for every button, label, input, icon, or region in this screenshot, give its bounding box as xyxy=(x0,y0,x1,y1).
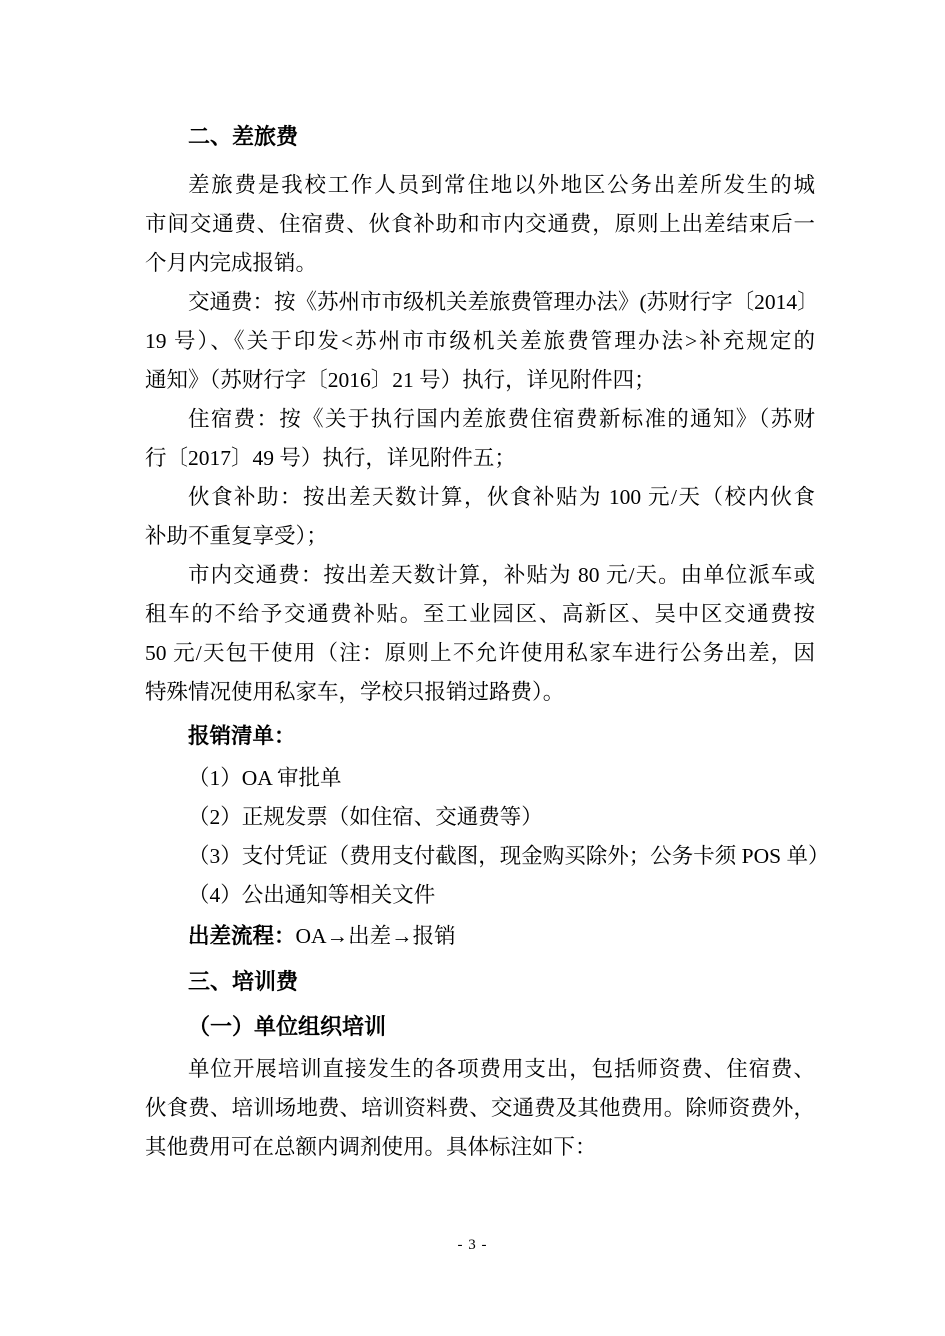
travel-intro-line: 市间交通费、住宿费、伙食补助和市内交通费，原则上出差结束后一 xyxy=(145,205,815,244)
checklist-item: （3）支付凭证（费用支付截图，现金购买除外；公务卡须 POS 单） xyxy=(145,837,815,876)
city-transport-line: 租车的不给予交通费补贴。至工业园区、高新区、吴中区交通费按 xyxy=(145,595,815,634)
document-page: 二、差旅费 差旅费是我校工作人员到常住地以外地区公务出差所发生的城 市间交通费、… xyxy=(0,0,945,1336)
lodging-fee-line: 行〔2017〕49 号）执行，详见附件五； xyxy=(145,439,815,478)
lodging-fee-paragraph: 住宿费：按《关于执行国内差旅费住宿费新标准的通知》（苏财 行〔2017〕49 号… xyxy=(145,400,815,478)
city-transport-paragraph: 市内交通费：按出差天数计算，补贴为 80 元/天。由单位派车或 租车的不给予交通… xyxy=(145,556,815,712)
meal-allowance-line: 补助不重复享受）； xyxy=(145,517,815,556)
travel-section-heading: 二、差旅费 xyxy=(145,117,815,157)
travel-intro-paragraph: 差旅费是我校工作人员到常住地以外地区公务出差所发生的城 市间交通费、住宿费、伙食… xyxy=(145,166,815,283)
training-sub-heading: （一）单位组织培训 xyxy=(145,1007,815,1047)
page-number: - 3 - xyxy=(0,1236,945,1254)
checklist-item: （2）正规发票（如住宿、交通费等） xyxy=(145,798,815,837)
reimburse-checklist: （1）OA 审批单 （2）正规发票（如住宿、交通费等） （3）支付凭证（费用支付… xyxy=(145,759,815,915)
training-intro-line: 单位开展培训直接发生的各项费用支出，包括师资费、住宿费、 xyxy=(145,1050,815,1089)
checklist-item: （4）公出通知等相关文件 xyxy=(145,876,815,915)
travel-intro-line: 个月内完成报销。 xyxy=(145,244,815,283)
lodging-fee-line: 住宿费：按《关于执行国内差旅费住宿费新标准的通知》（苏财 xyxy=(145,400,815,439)
training-intro-line: 伙食费、培训场地费、培训资料费、交通费及其他费用。除师资费外， xyxy=(145,1089,815,1128)
reimburse-checklist-title: 报销清单： xyxy=(145,717,815,756)
meal-allowance-line: 伙食补助：按出差天数计算，伙食补贴为 100 元/天（校内伙食 xyxy=(145,478,815,517)
transport-fee-line: 交通费：按《苏州市市级机关差旅费管理办法》(苏财行字〔2014〕 xyxy=(145,283,815,322)
training-intro-line: 其他费用可在总额内调剂使用。具体标注如下： xyxy=(145,1128,815,1167)
transport-fee-line: 19 号）、《关于印发<苏州市市级机关差旅费管理办法>补充规定的 xyxy=(145,322,815,361)
training-section-heading: 三、培训费 xyxy=(145,962,815,1002)
travel-intro-line: 差旅费是我校工作人员到常住地以外地区公务出差所发生的城 xyxy=(145,166,815,205)
trip-flow-line: 出差流程：OA→出差→报销 xyxy=(145,917,815,956)
city-transport-line: 市内交通费：按出差天数计算，补贴为 80 元/天。由单位派车或 xyxy=(145,556,815,595)
city-transport-line: 特殊情况使用私家车，学校只报销过路费）。 xyxy=(145,673,815,712)
transport-fee-line: 通知》（苏财行字〔2016〕21 号）执行，详见附件四； xyxy=(145,361,815,400)
meal-allowance-paragraph: 伙食补助：按出差天数计算，伙食补贴为 100 元/天（校内伙食 补助不重复享受）… xyxy=(145,478,815,556)
trip-flow-value: OA→出差→报销 xyxy=(296,924,456,948)
training-intro-paragraph: 单位开展培训直接发生的各项费用支出，包括师资费、住宿费、 伙食费、培训场地费、培… xyxy=(145,1050,815,1167)
checklist-item: （1）OA 审批单 xyxy=(145,759,815,798)
city-transport-line: 50 元/天包干使用（注：原则上不允许使用私家车进行公务出差，因 xyxy=(145,634,815,673)
transport-fee-paragraph: 交通费：按《苏州市市级机关差旅费管理办法》(苏财行字〔2014〕 19 号）、《… xyxy=(145,283,815,400)
trip-flow-label: 出差流程： xyxy=(188,924,296,948)
page-content: 二、差旅费 差旅费是我校工作人员到常住地以外地区公务出差所发生的城 市间交通费、… xyxy=(0,0,945,1167)
